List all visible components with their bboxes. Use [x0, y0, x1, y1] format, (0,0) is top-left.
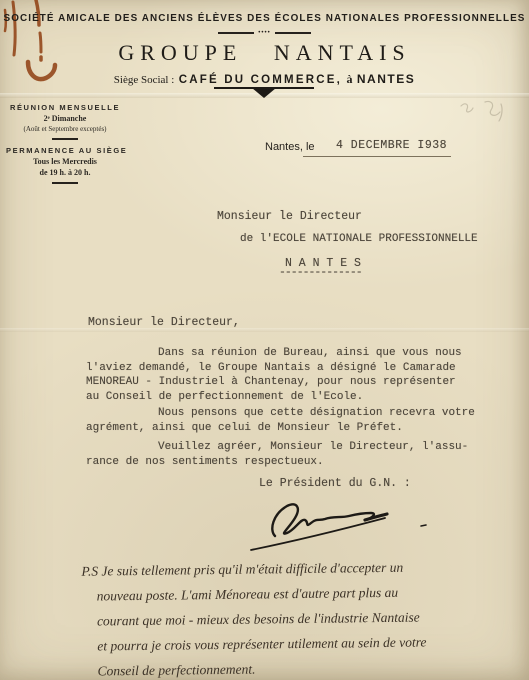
text-line: Dans sa réunion de Bureau, ainsi que vou…	[86, 346, 462, 361]
text-line: MENOREAU - Industriel à Chantenay, pour …	[86, 375, 462, 390]
recipient-line-2: de l'ECOLE NATIONALE PROFESSIONNELLE	[240, 233, 478, 245]
text-line: Conseil de perfectionnement.	[97, 653, 522, 680]
postscript: P.S Je suis tellement pris qu'il m'était…	[81, 553, 522, 680]
permanence-title: PERMANENCE AU SIÈGE	[6, 146, 124, 155]
recipient-underline: --------------	[279, 266, 362, 279]
divider-bar	[218, 32, 254, 34]
permanence-day: Tous les Mercredis	[6, 157, 124, 166]
text-line: au Conseil de perfectionnement de l'Ecol…	[86, 390, 462, 405]
triangle-ornament	[214, 87, 314, 98]
signature-icon	[245, 496, 430, 554]
permanence-hours: de 19 h. à 20 h.	[6, 168, 124, 177]
dateline-rule	[303, 156, 451, 157]
dateline-printed-label: Nantes, le	[265, 141, 315, 153]
signoff: Le Président du G.N. :	[259, 477, 411, 490]
divider-dots: ••••	[258, 31, 270, 35]
sidebar-divider	[52, 182, 78, 184]
group-title: GROUPE NANTAIS	[0, 40, 529, 66]
body-paragraph-3: Veuillez agréer, Monsieur le Directeur, …	[86, 440, 468, 469]
reunion-title: RÉUNION MENSUELLE	[6, 103, 124, 112]
reunion-note: (Août et Septembre exceptés)	[6, 125, 124, 133]
siege-city: NANTES	[357, 72, 415, 86]
body-paragraph-1: Dans sa réunion de Bureau, ainsi que vou…	[86, 346, 462, 404]
pencil-mark-icon	[455, 96, 515, 128]
reunion-day: 2ᵉ Dimanche	[6, 114, 124, 123]
text-line: Nous pensons que cette désignation recev…	[86, 406, 475, 421]
sidebar-divider	[52, 138, 78, 140]
siege-place: CAFÉ DU COMMERCE,	[179, 74, 342, 86]
body-paragraph-2: Nous pensons que cette désignation recev…	[86, 406, 475, 435]
paper-crease	[0, 328, 529, 332]
typed-date: 4 DECEMBRE I938	[336, 139, 447, 152]
text-line: rance de nos sentiments respectueux.	[86, 455, 468, 470]
siege-city-prefix: à	[346, 72, 352, 86]
triangle-icon	[252, 88, 276, 98]
divider-bar	[275, 32, 311, 34]
salutation: Monsieur le Directeur,	[88, 316, 240, 329]
letter-document: SOCIÉTÉ AMICALE DES ANCIENS ÉLÈVES DES É…	[0, 0, 529, 680]
header-divider-ornament: ••••	[0, 31, 529, 35]
text-line: Veuillez agréer, Monsieur le Directeur, …	[86, 440, 468, 455]
text-line: agrément, ainsi que celui de Monsieur le…	[86, 421, 475, 436]
text-line: l'aviez demandé, le Groupe Nantais a dés…	[86, 361, 462, 376]
society-title: SOCIÉTÉ AMICALE DES ANCIENS ÉLÈVES DES É…	[3, 13, 527, 24]
siege-social-line: Siège Social : CAFÉ DU COMMERCE, à NANTE…	[0, 70, 529, 88]
siege-label: Siège Social :	[114, 74, 175, 86]
letterhead-sidebar: RÉUNION MENSUELLE 2ᵉ Dimanche (Août et S…	[6, 103, 124, 190]
recipient-line-1: Monsieur le Directeur	[217, 210, 362, 223]
